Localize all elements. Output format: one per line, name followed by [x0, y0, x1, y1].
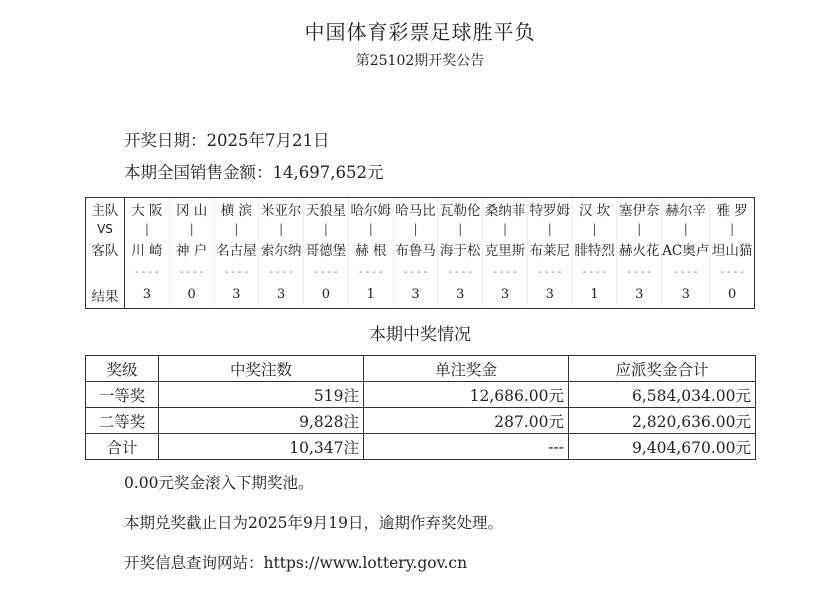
total-prize: 2,820,636.00元: [569, 408, 756, 434]
away-team: 布莱尼: [528, 238, 572, 260]
rollover-note: 0.00元奖金滚入下期奖池。: [124, 471, 314, 493]
home-team: 赫尔辛: [662, 198, 709, 220]
match-result: 3: [394, 282, 438, 307]
away-team: 川 崎: [125, 238, 169, 260]
dash-divider: ----: [170, 260, 214, 282]
table-row-total: 合计 10,347注 --- 9,404,670.00元: [86, 434, 756, 460]
match-column: 天狼星 | 哥德堡 ---- 0: [304, 198, 349, 308]
dash-divider: ----: [528, 260, 572, 282]
home-team: 大 阪: [125, 198, 169, 220]
match-result: 0: [170, 282, 214, 307]
match-result: 3: [215, 282, 259, 307]
vs-separator: |: [483, 220, 527, 238]
match-columns: 大 阪 | 川 崎 ---- 3 冈 山 | 神 户 ---- 0 横 滨 | …: [125, 198, 754, 308]
away-team: 名古屋: [215, 238, 259, 260]
dash-divider: ----: [617, 260, 661, 282]
match-column: 横 滨 | 名古屋 ---- 3: [215, 198, 260, 308]
dash-divider: ----: [349, 260, 393, 282]
vs-separator: |: [710, 220, 754, 238]
match-result: 1: [349, 282, 393, 307]
home-team: 冈 山: [170, 198, 214, 220]
match-result: 3: [125, 282, 169, 307]
match-column: 米亚尔 | 索尔纳 ---- 3: [259, 198, 304, 308]
issue-subtitle: 第25102期开奖公告: [0, 50, 840, 70]
vs-separator: |: [394, 220, 438, 238]
away-team: AC奥卢: [662, 238, 709, 260]
away-team: 哥德堡: [304, 238, 348, 260]
winner-count: 9,828注: [159, 408, 364, 434]
away-team: 赫 根: [349, 238, 393, 260]
match-result: 3: [617, 282, 661, 307]
dash-divider: ----: [710, 260, 754, 282]
header-count: 中奖注数: [159, 356, 364, 382]
single-prize: 12,686.00元: [364, 382, 569, 408]
result-label: 结果: [86, 282, 124, 307]
vs-separator: |: [438, 220, 482, 238]
home-team: 雅 罗: [710, 198, 754, 220]
table-row: 一等奖 519注 12,686.00元 6,584,034.00元: [86, 382, 756, 408]
match-result: 3: [528, 282, 572, 307]
match-column: 雅 罗 | 坦山猫 ---- 0: [710, 198, 754, 308]
website-link[interactable]: 开奖信息查询网站：https://www.lottery.gov.cn: [124, 551, 467, 573]
dash-divider: ----: [662, 260, 709, 282]
dash-divider: ----: [259, 260, 303, 282]
winner-count: 10,347注: [159, 434, 364, 460]
vs-separator: |: [215, 220, 259, 238]
prize-level: 一等奖: [86, 382, 159, 408]
match-result: 3: [662, 282, 709, 307]
match-column: 塞伊奈 | 赫火花 ---- 3: [617, 198, 662, 308]
match-column: 汉 坎 | 腓特烈 ---- 1: [573, 198, 618, 308]
dash-divider: ----: [125, 260, 169, 282]
away-team: 布鲁马: [394, 238, 438, 260]
dash-spacer: [86, 260, 124, 282]
prize-table-header: 奖级 中奖注数 单注奖金 应派奖金合计: [86, 356, 756, 382]
home-team-label: 主队: [86, 198, 124, 220]
match-column: 哈尔姆 | 赫 根 ---- 1: [349, 198, 394, 308]
dash-divider: ----: [394, 260, 438, 282]
dash-divider: ----: [483, 260, 527, 282]
table-row: 二等奖 9,828注 287.00元 2,820,636.00元: [86, 408, 756, 434]
draw-date: 开奖日期：2025年7月21日: [124, 127, 330, 151]
header-single-prize: 单注奖金: [364, 356, 569, 382]
away-team: 赫火花: [617, 238, 661, 260]
match-result: 0: [304, 282, 348, 307]
match-column: 特罗姆 | 布莱尼 ---- 3: [528, 198, 573, 308]
vs-separator: |: [573, 220, 617, 238]
match-column: 大 阪 | 川 崎 ---- 3: [125, 198, 170, 308]
header-total-prize: 应派奖金合计: [569, 356, 756, 382]
dash-divider: ----: [304, 260, 348, 282]
total-prize: 9,404,670.00元: [569, 434, 756, 460]
header-level: 奖级: [86, 356, 159, 382]
home-team: 天狼星: [304, 198, 348, 220]
match-result: 1: [573, 282, 617, 307]
home-team: 瓦勒伦: [438, 198, 482, 220]
match-column: 桑纳菲 | 克里斯 ---- 3: [483, 198, 528, 308]
prize-level: 二等奖: [86, 408, 159, 434]
match-table: 主队 VS 客队 结果 大 阪 | 川 崎 ---- 3 冈 山 | 神 户 -…: [85, 197, 755, 309]
away-team: 腓特烈: [573, 238, 617, 260]
home-team: 横 滨: [215, 198, 259, 220]
prize-table: 奖级 中奖注数 单注奖金 应派奖金合计 一等奖 519注 12,686.00元 …: [85, 355, 756, 460]
match-row-labels: 主队 VS 客队 结果: [86, 198, 125, 308]
vs-separator: |: [170, 220, 214, 238]
total-prize: 6,584,034.00元: [569, 382, 756, 408]
home-team: 米亚尔: [259, 198, 303, 220]
away-team: 坦山猫: [710, 238, 754, 260]
vs-separator: |: [304, 220, 348, 238]
away-team: 神 户: [170, 238, 214, 260]
match-column: 赫尔辛 | AC奥卢 ---- 3: [662, 198, 710, 308]
home-team: 桑纳菲: [483, 198, 527, 220]
home-team: 哈马比: [394, 198, 438, 220]
match-result: 3: [483, 282, 527, 307]
vs-separator: |: [125, 220, 169, 238]
prize-level: 合计: [86, 434, 159, 460]
dash-divider: ----: [215, 260, 259, 282]
away-team: 海于松: [438, 238, 482, 260]
claim-deadline-note: 本期兑奖截止日为2025年9月19日，逾期作弃奖处理。: [124, 511, 503, 533]
home-team: 塞伊奈: [617, 198, 661, 220]
away-team-label: 客队: [86, 238, 124, 260]
match-result: 0: [710, 282, 754, 307]
vs-separator: |: [662, 220, 709, 238]
match-column: 冈 山 | 神 户 ---- 0: [170, 198, 215, 308]
vs-separator: |: [528, 220, 572, 238]
single-prize: 287.00元: [364, 408, 569, 434]
home-team: 哈尔姆: [349, 198, 393, 220]
prize-section-title: 本期中奖情况: [0, 320, 840, 345]
vs-separator: |: [259, 220, 303, 238]
dash-divider: ----: [573, 260, 617, 282]
winner-count: 519注: [159, 382, 364, 408]
home-team: 汉 坎: [573, 198, 617, 220]
single-prize: ---: [364, 434, 569, 460]
dash-divider: ----: [438, 260, 482, 282]
match-result: 3: [438, 282, 482, 307]
match-result: 3: [259, 282, 303, 307]
away-team: 克里斯: [483, 238, 527, 260]
vs-separator: |: [349, 220, 393, 238]
match-column: 哈马比 | 布鲁马 ---- 3: [394, 198, 439, 308]
match-column: 瓦勒伦 | 海于松 ---- 3: [438, 198, 483, 308]
home-team: 特罗姆: [528, 198, 572, 220]
vs-label: VS: [86, 220, 124, 238]
vs-separator: |: [617, 220, 661, 238]
away-team: 索尔纳: [259, 238, 303, 260]
page-title: 中国体育彩票足球胜平负: [0, 16, 840, 45]
sales-amount: 本期全国销售金额：14,697,652元: [124, 159, 383, 183]
